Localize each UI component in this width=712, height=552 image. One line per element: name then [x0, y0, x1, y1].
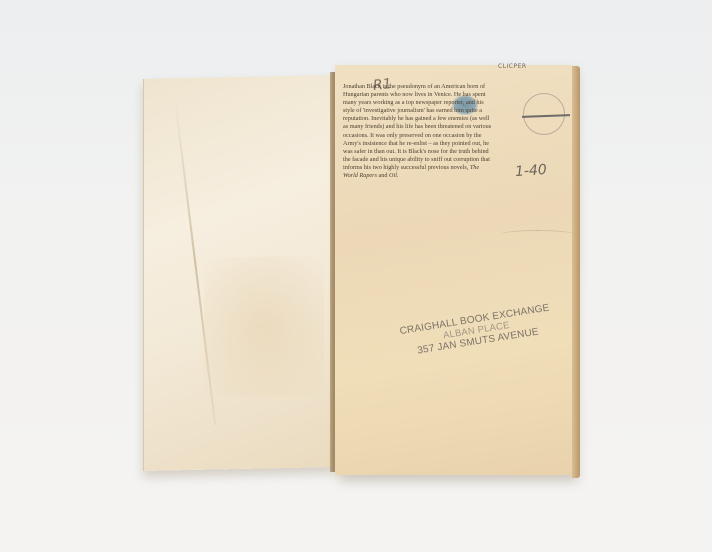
- pencil-annotation-top: CLICPER: [498, 63, 527, 70]
- pencil-price: 1-40: [514, 162, 547, 180]
- bookshop-stamp: CRAIGHALL BOOK EXCHANGE ALBAN PLACE 357 …: [375, 299, 578, 363]
- strike-line: [522, 114, 570, 117]
- right-page: CLICPER R1 1-40 Jonathan Black is the ps…: [335, 65, 573, 475]
- page-stain: [204, 255, 324, 398]
- end-punctuation: .: [397, 172, 399, 179]
- author-biography: Jonathan Black is the pseudonym of an Am…: [343, 83, 493, 180]
- circle-stamp: [523, 93, 565, 135]
- biography-text: Jonathan Black is the pseudonym of an Am…: [343, 83, 491, 171]
- pencil-squiggle: [500, 230, 575, 239]
- connector-text: and: [377, 172, 389, 179]
- open-book: CLICPER R1 1-40 Jonathan Black is the ps…: [0, 0, 712, 552]
- book-title-2: Oil: [389, 172, 397, 179]
- left-endpaper: [143, 75, 336, 471]
- page-block-edge: [572, 66, 580, 478]
